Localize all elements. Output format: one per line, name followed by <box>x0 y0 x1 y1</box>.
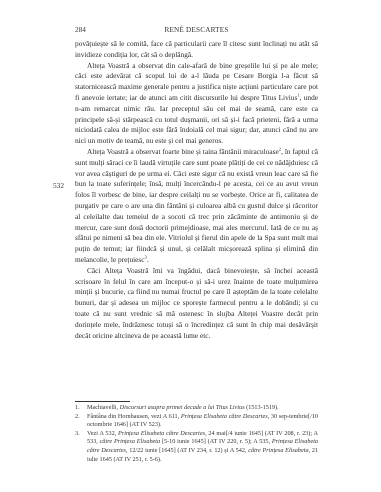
paragraph-3-text-c: . <box>147 255 149 264</box>
footnote-text: Vezi A 532, <box>87 430 118 437</box>
paragraph-2: Alteța Voastră a observat din cale-afară… <box>75 61 318 147</box>
footnote-title: către Prințesa Elisabeta <box>248 447 308 454</box>
footnote-2: 2.Fântâna din Hornhausen, vezi A 611, Pr… <box>75 413 318 430</box>
footnotes: 1.Machiavelli, Discursuri asupra primei … <box>75 404 318 464</box>
footnote-divider <box>75 401 130 402</box>
footnote-number: 2. <box>75 413 80 422</box>
footnote-number: 1. <box>75 404 80 413</box>
paragraph-2-text-a: Alteța Voastră a observat din cale-afară… <box>75 61 318 102</box>
paragraph-3-text-b: , în faptul că sunt mulți săraci ce îi l… <box>75 147 318 264</box>
running-title: RENÉ DESCARTES <box>75 25 318 36</box>
footnote-text: , 12/22 iunie [1645] (AT IV 234, r. 12) … <box>126 447 248 454</box>
footnote-text: Machiavelli, <box>87 404 120 411</box>
footnote-title: către Prințesa Elisabeta <box>100 438 160 445</box>
footnote-3: 3.Vezi A 532, Prințesa Elisabeta către D… <box>75 430 318 464</box>
body-text: povățuiește să le comită, face că partic… <box>75 39 318 341</box>
footnote-title: Discursuri asupra primei decade a lui Ti… <box>120 404 245 411</box>
paragraph-3: Alteța Voastră a observat foarte bine și… <box>75 147 318 266</box>
margin-reference-number: 532 <box>53 181 64 192</box>
book-page: 284 RENÉ DESCARTES 532 povățuiește să le… <box>0 0 381 492</box>
paragraph-3-text-a: Alteța Voastră a observat foarte bine și… <box>87 147 279 156</box>
footnote-number: 3. <box>75 430 80 439</box>
footnote-1: 1.Machiavelli, Discursuri asupra primei … <box>75 404 318 413</box>
paragraph-1: povățuiește să le comită, face că partic… <box>75 39 318 61</box>
footnote-text: (1513-1519). <box>245 404 279 411</box>
footnote-text: [5-10 iunie 1645] (AT IV 220, r. 5); A 5… <box>160 438 272 445</box>
page-header: 284 RENÉ DESCARTES <box>75 25 318 36</box>
footnote-title: Prințesa Elisabeta către Descartes <box>181 413 268 420</box>
footnote-text: Fântâna din Hornhausen, vezi A 611, <box>87 413 181 420</box>
paragraph-4: Căci Alteța Voastră îmi va îngădui, dacă… <box>75 266 318 342</box>
footnote-title: Prințesa Elisabeta către Descartes <box>118 430 205 437</box>
